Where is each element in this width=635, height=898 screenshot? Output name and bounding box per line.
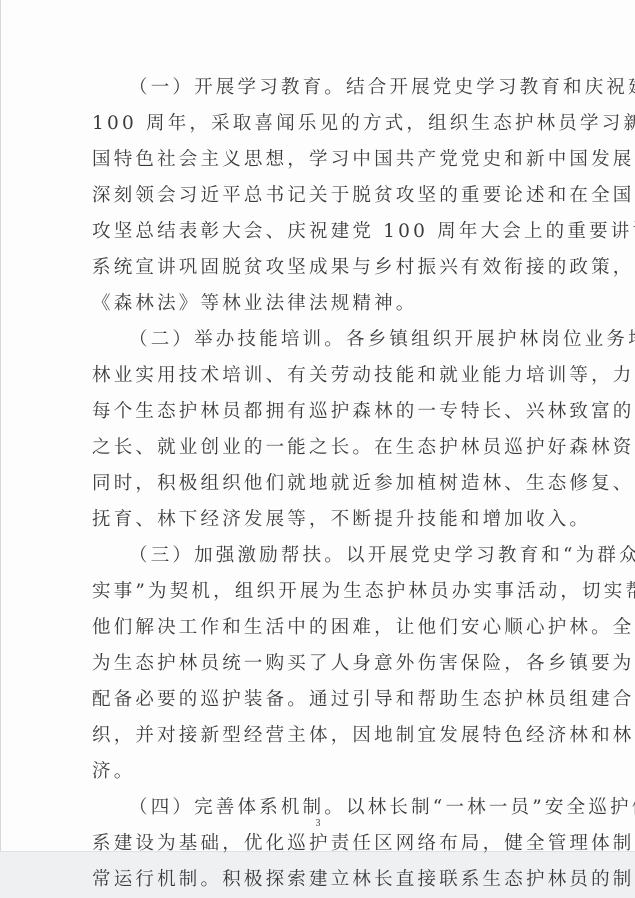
paragraph-line: 抚育、林下经济发展等，不断提升技能和增加收入。 bbox=[92, 502, 544, 538]
paragraph-line: 国特色社会主义思想，学习中国共产党党史和新中国发展史， bbox=[92, 142, 544, 178]
document-page: （一）开展学习教育。结合开展党史学习教育和庆祝建党 100 周年，采取喜闻乐见的… bbox=[0, 0, 635, 852]
paragraph-line: 实事”为契机，组织开展为生态护林员办实事活动，切实帮助 bbox=[92, 574, 544, 610]
paragraph-line: 之长、就业创业的一能之长。在生态护林员巡护好森林资源的 bbox=[92, 430, 544, 466]
paragraph-section-2: （二）举办技能培训。各乡镇组织开展护林岗位业务培训、 林业实用技术培训、有关劳动… bbox=[92, 322, 544, 538]
paragraph-line: 100 周年，采取喜闻乐见的方式，组织生态护林员学习新时代中 bbox=[92, 106, 544, 142]
paragraph-line: 系统宣讲巩固脱贫攻坚成果与乡村振兴有效衔接的政策，普及 bbox=[92, 250, 544, 286]
paragraph-line: 林业实用技术培训、有关劳动技能和就业能力培训等，力求让 bbox=[92, 358, 544, 394]
paragraph-line: （二）举办技能培训。各乡镇组织开展护林岗位业务培训、 bbox=[92, 322, 544, 358]
paragraph-line: 为生态护林员统一购买了人身意外伤害保险，各乡镇要为他们 bbox=[92, 646, 544, 682]
paragraph-line: 系建设为基础，优化巡护责任区网络布局，健全管理体制和日 bbox=[92, 826, 544, 856]
paragraph-line: （三）加强激励帮扶。以开展党史学习教育和“为群众办 bbox=[92, 538, 544, 574]
paragraph-line: 同时，积极组织他们就地就近参加植树造林、生态修复、森林 bbox=[92, 466, 544, 502]
paragraph-line: 织，并对接新型经营主体，因地制宜发展特色经济林和林下经 bbox=[92, 718, 544, 754]
paragraph-line: 济。 bbox=[92, 754, 544, 790]
paragraph-section-1: （一）开展学习教育。结合开展党史学习教育和庆祝建党 100 周年，采取喜闻乐见的… bbox=[92, 70, 544, 322]
paragraph-line: （一）开展学习教育。结合开展党史学习教育和庆祝建党 bbox=[92, 70, 544, 106]
paragraph-line: 攻坚总结表彰大会、庆祝建党 100 周年大会上的重要讲话精神， bbox=[92, 214, 544, 250]
page-number: 3 bbox=[1, 818, 635, 829]
paragraph-line: 他们解决工作和生活中的困难，让他们安心顺心护林。全县已 bbox=[92, 610, 544, 646]
paragraph-line: 每个生态护林员都拥有巡护森林的一专特长、兴林致富的一技 bbox=[92, 394, 544, 430]
paragraph-line: 《森林法》等林业法律法规精神。 bbox=[92, 286, 544, 322]
document-body: （一）开展学习教育。结合开展党史学习教育和庆祝建党 100 周年，采取喜闻乐见的… bbox=[92, 70, 544, 856]
paragraph-line: 深刻领会习近平总书记关于脱贫攻坚的重要论述和在全国脱贫 bbox=[92, 178, 544, 214]
paragraph-section-3: （三）加强激励帮扶。以开展党史学习教育和“为群众办 实事”为契机，组织开展为生态… bbox=[92, 538, 544, 790]
paragraph-line: 配备必要的巡护装备。通过引导和帮助生态护林员组建合作组 bbox=[92, 682, 544, 718]
